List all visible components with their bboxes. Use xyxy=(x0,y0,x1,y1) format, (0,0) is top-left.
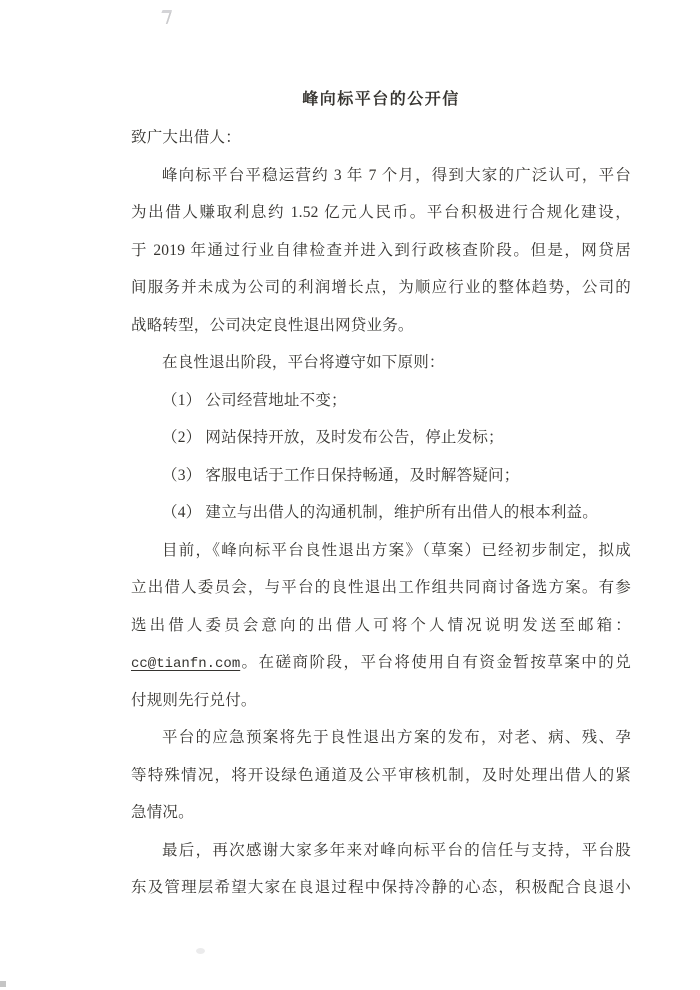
principle-item-4: （4） 建立与出借人的沟通机制，维护所有出借人的根本利益。 xyxy=(131,494,631,532)
para1-line-2: 为出借人赚取利息约 1.52 亿元人民币。平台积极进行合规化建设， xyxy=(131,194,631,232)
principle-item-3: （3） 客服电话于工作日保持畅通，及时解答疑问； xyxy=(131,457,631,495)
para3-line-4-text: 。在磋商阶段，平台将使用自有资金暂按草案中的兑 xyxy=(240,654,631,671)
scanned-letter-page: 峰向标平台的公开信 致广大出借人： 峰向标平台平稳运营约 3 年 7 个月，得到… xyxy=(0,0,700,990)
para1-line-5: 战略转型，公司决定良性退出网贷业务。 xyxy=(131,307,631,345)
para3-line-3: 选出借人委员会意向的出借人可将个人情况说明发送至邮箱： xyxy=(131,607,631,645)
principle-item-1: （1） 公司经营地址不变； xyxy=(131,382,631,420)
para3-line-4: cc@tianfn.com。在磋商阶段，平台将使用自有资金暂按草案中的兑 xyxy=(131,644,631,682)
para1-line-1: 峰向标平台平稳运营约 3 年 7 个月，得到大家的广泛认可，平台 xyxy=(131,157,631,195)
principle-item-2: （2） 网站保持开放，及时发布公告，停止发标； xyxy=(131,419,631,457)
para3-line-2: 立出借人委员会，与平台的良性退出工作组共同商讨备选方案。有参 xyxy=(131,569,631,607)
salutation: 致广大出借人： xyxy=(131,119,631,157)
para1-line-4: 间服务并未成为公司的利润增长点，为顺应行业的整体趋势，公司的 xyxy=(131,269,631,307)
para3-line-1: 目前，《峰向标平台良性退出方案》（草案）已经初步制定，拟成 xyxy=(131,532,631,570)
email-address: cc@tianfn.com xyxy=(131,656,240,672)
para4-line-1: 平台的应急预案将先于良性退出方案的发布，对老、病、残、孕 xyxy=(131,719,631,757)
scan-artifact-top xyxy=(158,10,173,24)
scan-artifact-bottom xyxy=(196,948,205,954)
letter-body: 致广大出借人： 峰向标平台平稳运营约 3 年 7 个月，得到大家的广泛认可，平台… xyxy=(131,119,631,907)
para1-line-3: 于 2019 年通过行业自律检查并进入到行政核查阶段。但是，网贷居 xyxy=(131,232,631,270)
para5-line-2: 东及管理层希望大家在良退过程中保持冷静的心态，积极配合良退小 xyxy=(131,869,631,907)
letter-title: 峰向标平台的公开信 xyxy=(131,81,631,119)
para4-line-3: 急情况。 xyxy=(131,794,631,832)
para2-line: 在良性退出阶段，平台将遵守如下原则： xyxy=(131,344,631,382)
para3-line-5: 付规则先行兑付。 xyxy=(131,682,631,720)
para5-line-1: 最后，再次感谢大家多年来对峰向标平台的信任与支持，平台股 xyxy=(131,832,631,870)
para4-line-2: 等特殊情况，将开设绿色通道及公平审核机制，及时处理出借人的紧 xyxy=(131,757,631,795)
scan-artifact-bottom-left xyxy=(0,981,6,987)
